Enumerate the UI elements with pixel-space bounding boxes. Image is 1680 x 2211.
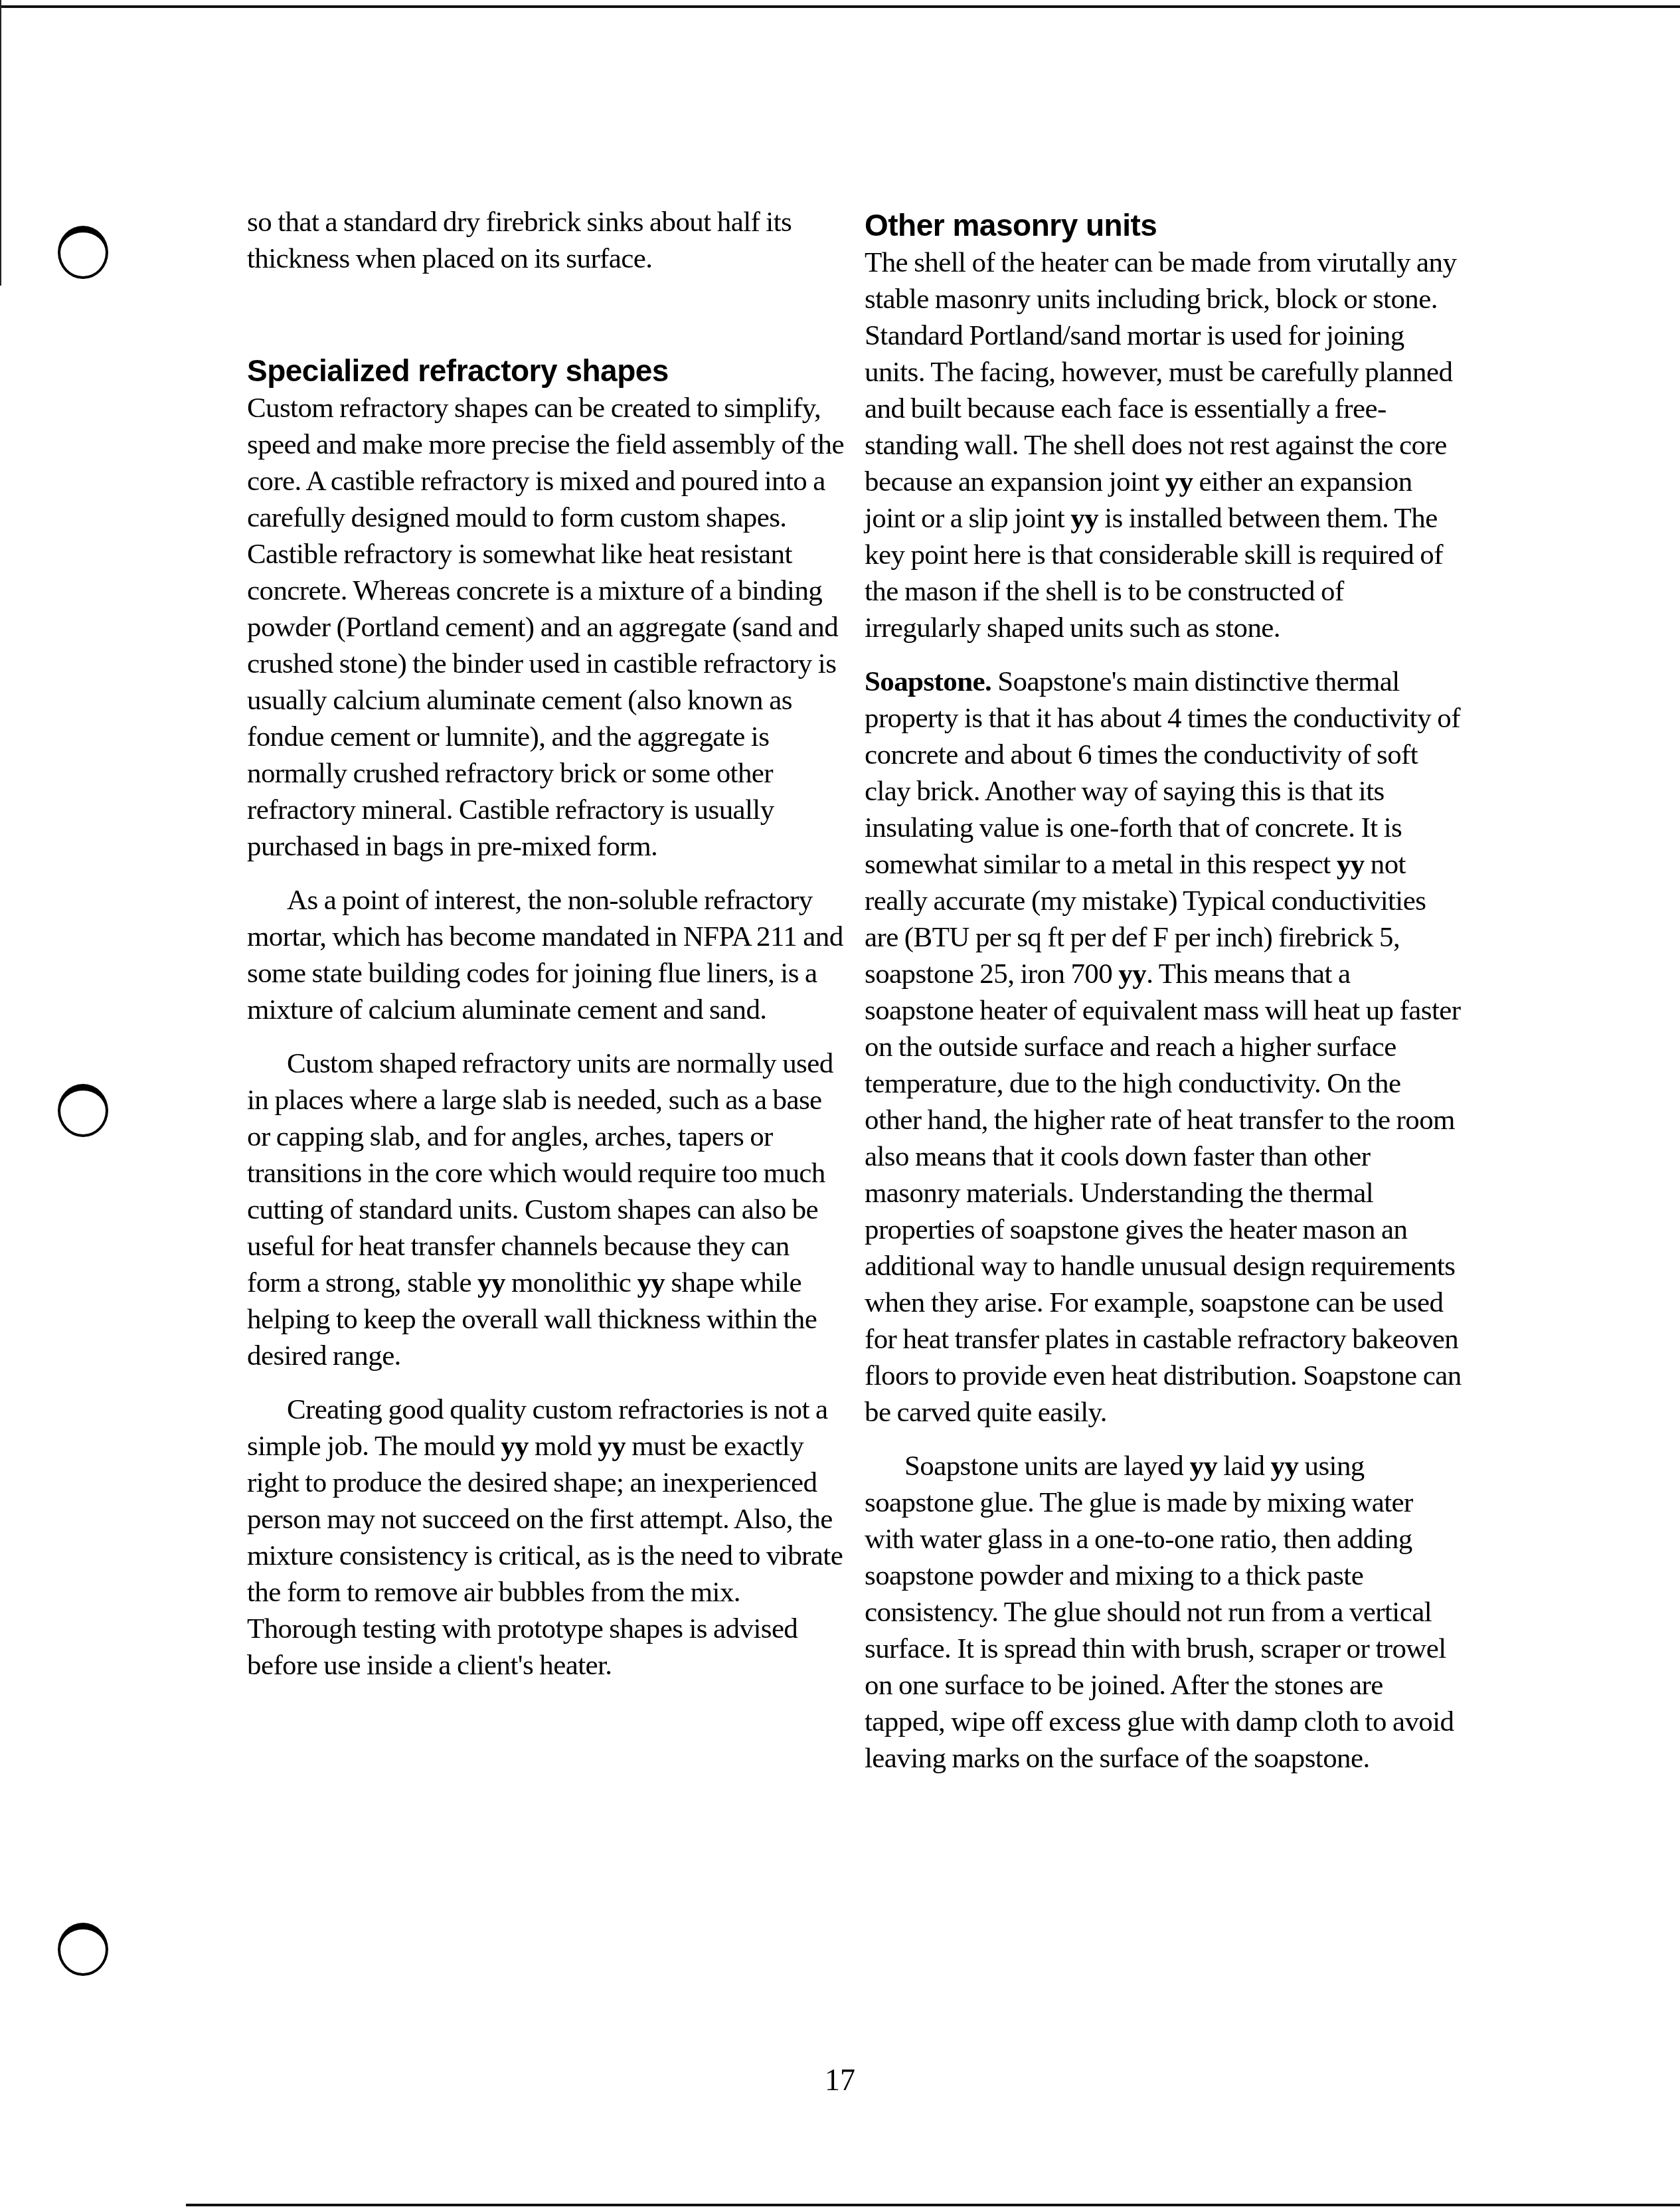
scan-edge-bottom — [186, 2204, 1680, 2206]
binder-hole-icon — [58, 1923, 108, 1976]
run-in-heading: Soapstone. — [865, 666, 991, 697]
section-heading-specialized-refractory-shapes: Specialized refractory shapes — [247, 351, 845, 390]
binder-hole-icon — [58, 226, 108, 279]
right-column: Other masonry units The shell of the hea… — [865, 0, 1462, 1777]
page-number: 17 — [0, 2062, 1680, 2097]
paragraph: Custom shaped refractory units are norma… — [247, 1045, 845, 1374]
paragraph: Soapstone units are layed yy laid yy usi… — [865, 1448, 1462, 1777]
binder-hole-icon — [58, 1084, 108, 1137]
paragraph: Custom refractory shapes can be created … — [247, 390, 845, 865]
paragraph-soapstone: Soapstone. Soapstone's main distinctive … — [865, 663, 1462, 1431]
continued-paragraph: so that a standard dry firebrick sinks a… — [247, 204, 845, 277]
paragraph: Creating good quality custom refractorie… — [247, 1391, 845, 1684]
paragraph: As a point of interest, the non-soluble … — [247, 882, 845, 1028]
left-column: so that a standard dry firebrick sinks a… — [247, 0, 845, 1684]
scan-edge-left — [0, 0, 1, 286]
section-heading-other-masonry-units: Other masonry units — [865, 206, 1462, 244]
paragraph: The shell of the heater can be made from… — [865, 244, 1462, 646]
